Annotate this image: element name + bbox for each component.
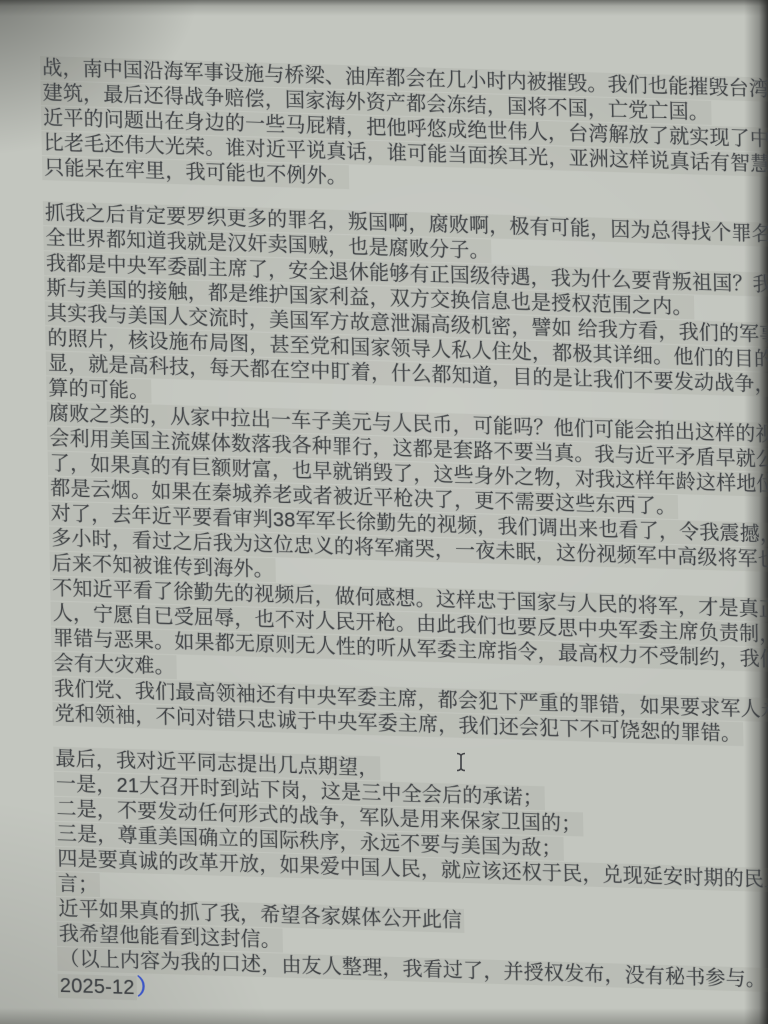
document-line-text: 会有大灾难。 [51,652,177,680]
document-line-text: 言； [56,872,101,897]
editor-caret: ） [136,974,159,1000]
document-text-area[interactable]: 战，南中国沿海军事设施与桥梁、油库都会在几小时内被摧毁。我们也能摧毁台湾的一些建… [40,56,764,1018]
document-line-text: 2025-12 [58,974,137,1000]
screen-photo: 战，南中国沿海军事设施与桥梁、油库都会在几小时内被摧毁。我们也能摧毁台湾的一些建… [0,0,768,1024]
document-line-text: 算的可能。 [46,376,151,403]
